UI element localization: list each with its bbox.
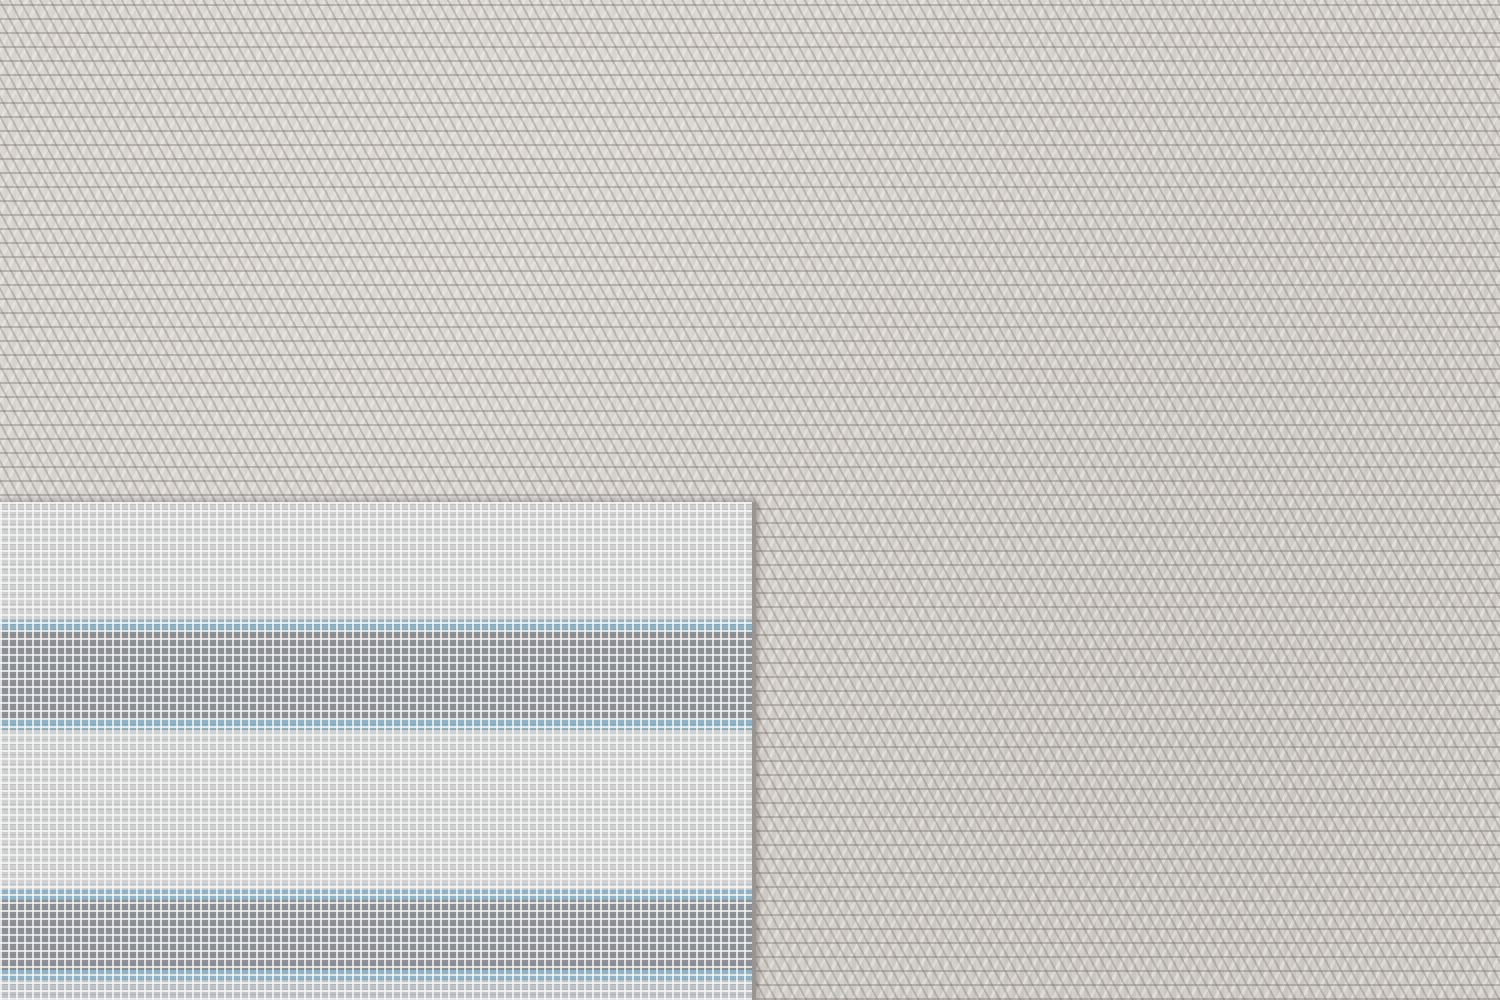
carpet-backing-corner xyxy=(0,502,756,1000)
backing-mesh xyxy=(0,502,752,1000)
